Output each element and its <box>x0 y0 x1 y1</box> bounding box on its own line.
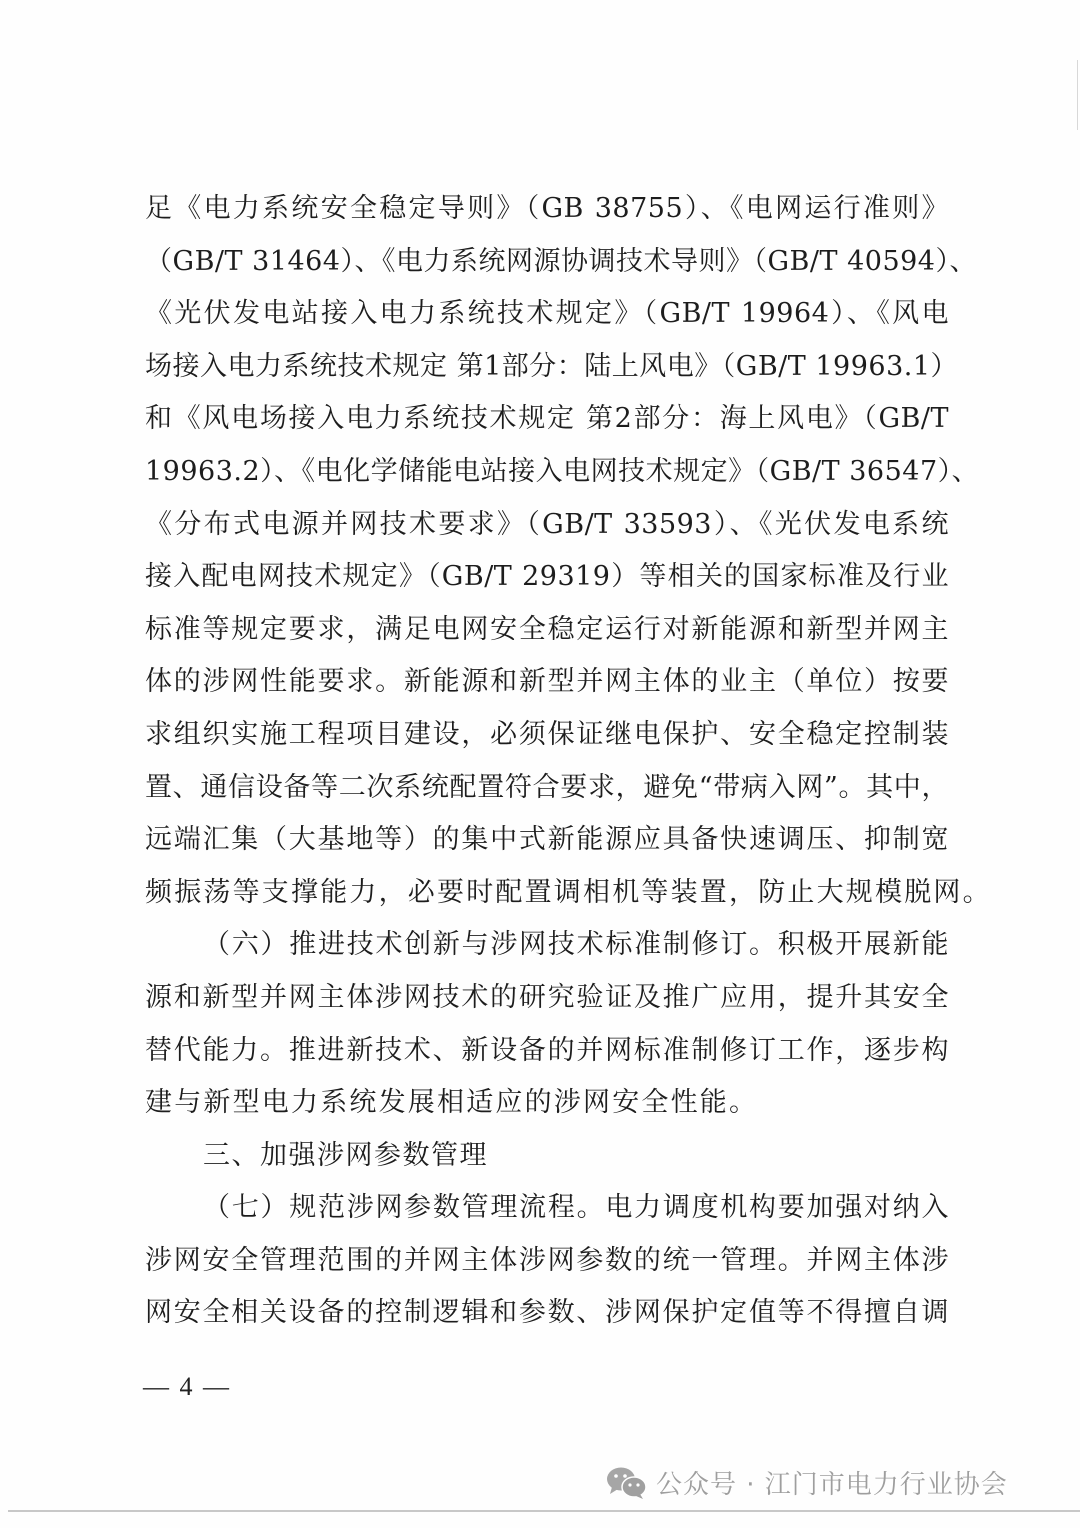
text-line: 体的涉网性能要求。新能源和新型并网主体的业主（单位）按要 <box>145 656 949 709</box>
text-line: 标准等规定要求，满足电网安全稳定运行对新能源和新型并网主 <box>145 604 949 657</box>
text-line: 远端汇集（大基地等）的集中式新能源应具备快速调压、抑制宽 <box>145 814 949 867</box>
text-line: 求组织实施工程项目建设，必须保证继电保护、安全稳定控制装 <box>145 709 949 762</box>
text-line: 置、通信设备等二次系统配置符合要求，避免“带病入网”。其中， <box>145 762 949 815</box>
text-line: 和《风电场接入电力系统技术规定 第2部分：海上风电》（GB/T <box>145 393 949 446</box>
document-page: 足《电力系统安全稳定导则》（GB 38755）、《电网运行准则》 （GB/T 3… <box>0 0 1080 1528</box>
section-heading: 三、加强涉网参数管理 <box>145 1130 949 1183</box>
text-line: 网安全相关设备的控制逻辑和参数、涉网保护定值等不得擅自调 <box>145 1287 949 1340</box>
footer-divider <box>8 1510 1080 1512</box>
paragraph-start-line: （六）推进技术创新与涉网技术标准制修订。积极开展新能 <box>145 919 949 972</box>
footer-watermark: 公众号 · 江门市电力行业协会 <box>606 1464 1008 1501</box>
page-number: — 4 — <box>143 1372 231 1402</box>
wechat-icon <box>606 1466 648 1500</box>
text-line: 场接入电力系统技术规定 第1部分：陆上风电》（GB/T 19963.1） <box>145 341 949 394</box>
text-line: 频振荡等支撑能力，必要时配置调相机等装置，防止大规模脱网。 <box>145 867 949 920</box>
text-line: 接入配电网技术规定》（GB/T 29319）等相关的国家标准及行业 <box>145 551 949 604</box>
footer-label: 公众号 · 江门市电力行业协会 <box>656 1464 1008 1501</box>
text-line: 建与新型电力系统发展相适应的涉网安全性能。 <box>145 1077 949 1130</box>
document-body: 足《电力系统安全稳定导则》（GB 38755）、《电网运行准则》 （GB/T 3… <box>145 183 949 1340</box>
scan-edge-mark <box>1077 60 1078 130</box>
text-line: 足《电力系统安全稳定导则》（GB 38755）、《电网运行准则》 <box>145 183 949 236</box>
text-line: （GB/T 31464）、《电力系统网源协调技术导则》（GB/T 40594）、 <box>145 236 949 289</box>
text-line: 涉网安全管理范围的并网主体涉网参数的统一管理。并网主体涉 <box>145 1235 949 1288</box>
text-line: 19963.2）、《电化学储能电站接入电网技术规定》（GB/T 36547）、 <box>145 446 949 499</box>
text-line: 替代能力。推进新技术、新设备的并网标准制修订工作，逐步构 <box>145 1025 949 1078</box>
text-line: 源和新型并网主体涉网技术的研究验证及推广应用，提升其安全 <box>145 972 949 1025</box>
text-line: 《分布式电源并网技术要求》（GB/T 33593）、《光伏发电系统 <box>145 499 949 552</box>
paragraph-start-line: （七）规范涉网参数管理流程。电力调度机构要加强对纳入 <box>145 1182 949 1235</box>
text-line: 《光伏发电站接入电力系统技术规定》（GB/T 19964）、《风电 <box>145 288 949 341</box>
